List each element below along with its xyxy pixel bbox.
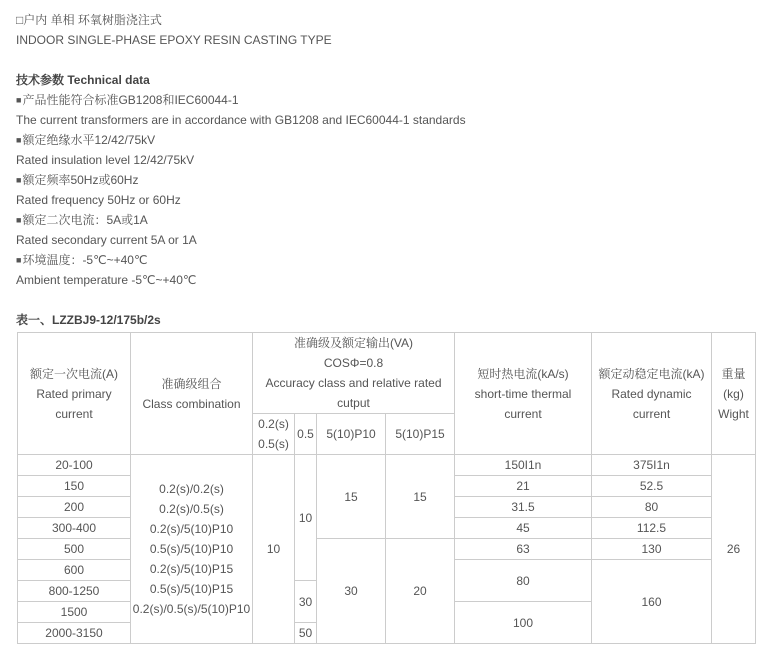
thermal-cell: 31.5 [455,497,592,518]
spec-item-frequency-en: Rated frequency 50Hz or 60Hz [16,190,181,210]
spec-item-insulation-en: Rated insulation level 12/42/75kV [16,150,194,170]
primary-current-cell: 2000-3150 [18,623,131,644]
spec-item-temperature-en: Ambient temperature -5℃~+40℃ [16,270,196,290]
header-weight: 重量 (kg) Wight [712,333,756,455]
output-05-cell: 30 [295,581,317,623]
class-combination-cell: 0.2(s)/0.2(s) 0.2(s)/0.5(s) 0.2(s)/5(10)… [131,455,253,644]
output-p15-cell: 20 [386,539,455,644]
table-row: 20-100 0.2(s)/0.2(s) 0.2(s)/0.5(s) 0.2(s… [18,455,756,476]
primary-current-cell: 1500 [18,602,131,623]
bullet-icon: ■ [16,95,21,105]
primary-current-cell: 500 [18,539,131,560]
bullet-icon: ■ [16,135,21,145]
header-dynamic-current: 额定动稳定电流(kA) Rated dynamic current [592,333,712,455]
header-primary-current: 额定一次电流(A) Rated primary current [18,333,131,455]
title-cn: □户内 单相 环氧树脂浇注式 [16,10,162,30]
primary-current-cell: 200 [18,497,131,518]
table-row: 500 30 20 63 130 [18,539,756,560]
spec-item-temperature-cn: ■环境温度：-5℃~+40℃ [16,250,147,270]
primary-current-cell: 150 [18,476,131,497]
bullet-icon: ■ [16,255,21,265]
bullet-icon: ■ [16,215,21,225]
header-class-combination: 准确级组合 Class combination [131,333,253,455]
thermal-cell: 100 [455,602,592,644]
subheader-p15: 5(10)P15 [386,414,455,455]
primary-current-cell: 20-100 [18,455,131,476]
thermal-cell: 80 [455,560,592,602]
output-p10-cell: 15 [317,455,386,539]
thermal-cell: 150I1n [455,455,592,476]
dynamic-cell: 130 [592,539,712,560]
output-02s-05s-cell: 10 [253,455,295,644]
primary-current-cell: 600 [18,560,131,581]
spec-item-secondary-cn: ■额定二次电流：5A或1A [16,210,148,230]
technical-heading: 技术参数 Technical data [16,70,150,90]
subheader-02s-05s: 0.2(s) 0.5(s) [253,414,295,455]
dynamic-cell: 52.5 [592,476,712,497]
subheader-05: 0.5 [295,414,317,455]
spec-item-insulation-cn: ■额定绝缘水平12/42/75kV [16,130,155,150]
thermal-cell: 63 [455,539,592,560]
primary-current-cell: 300-400 [18,518,131,539]
output-p15-cell: 15 [386,455,455,539]
header-thermal-current: 短时热电流(kA/s) short-time thermal current [455,333,592,455]
primary-current-cell: 800-1250 [18,581,131,602]
thermal-cell: 45 [455,518,592,539]
weight-cell: 26 [712,455,756,644]
output-05-cell: 10 [295,455,317,581]
spec-item-standard-cn: ■产品性能符合标准GB1208和IEC60044-1 [16,90,239,110]
spec-item-frequency-cn: ■额定频率50Hz或60Hz [16,170,138,190]
title-en: INDOOR SINGLE-PHASE EPOXY RESIN CASTING … [16,30,332,50]
spec-item-standard-en: The current transformers are in accordan… [16,110,466,130]
spec-item-secondary-en: Rated secondary current 5A or 1A [16,230,197,250]
subheader-p10: 5(10)P10 [317,414,386,455]
header-accuracy-output: 准确级及额定输出(VA) COSΦ=0.8 Accuracy class and… [253,333,455,414]
output-05-cell: 50 [295,623,317,644]
spec-table: 额定一次电流(A) Rated primary current 准确级组合 Cl… [17,332,756,644]
bullet-icon: ■ [16,175,21,185]
thermal-cell: 21 [455,476,592,497]
dynamic-cell: 112.5 [592,518,712,539]
table-caption: 表一、LZZBJ9-12/175b/2s [16,310,161,330]
output-p10-cell: 30 [317,539,386,644]
dynamic-cell: 80 [592,497,712,518]
dynamic-cell: 375I1n [592,455,712,476]
dynamic-cell: 160 [592,560,712,644]
